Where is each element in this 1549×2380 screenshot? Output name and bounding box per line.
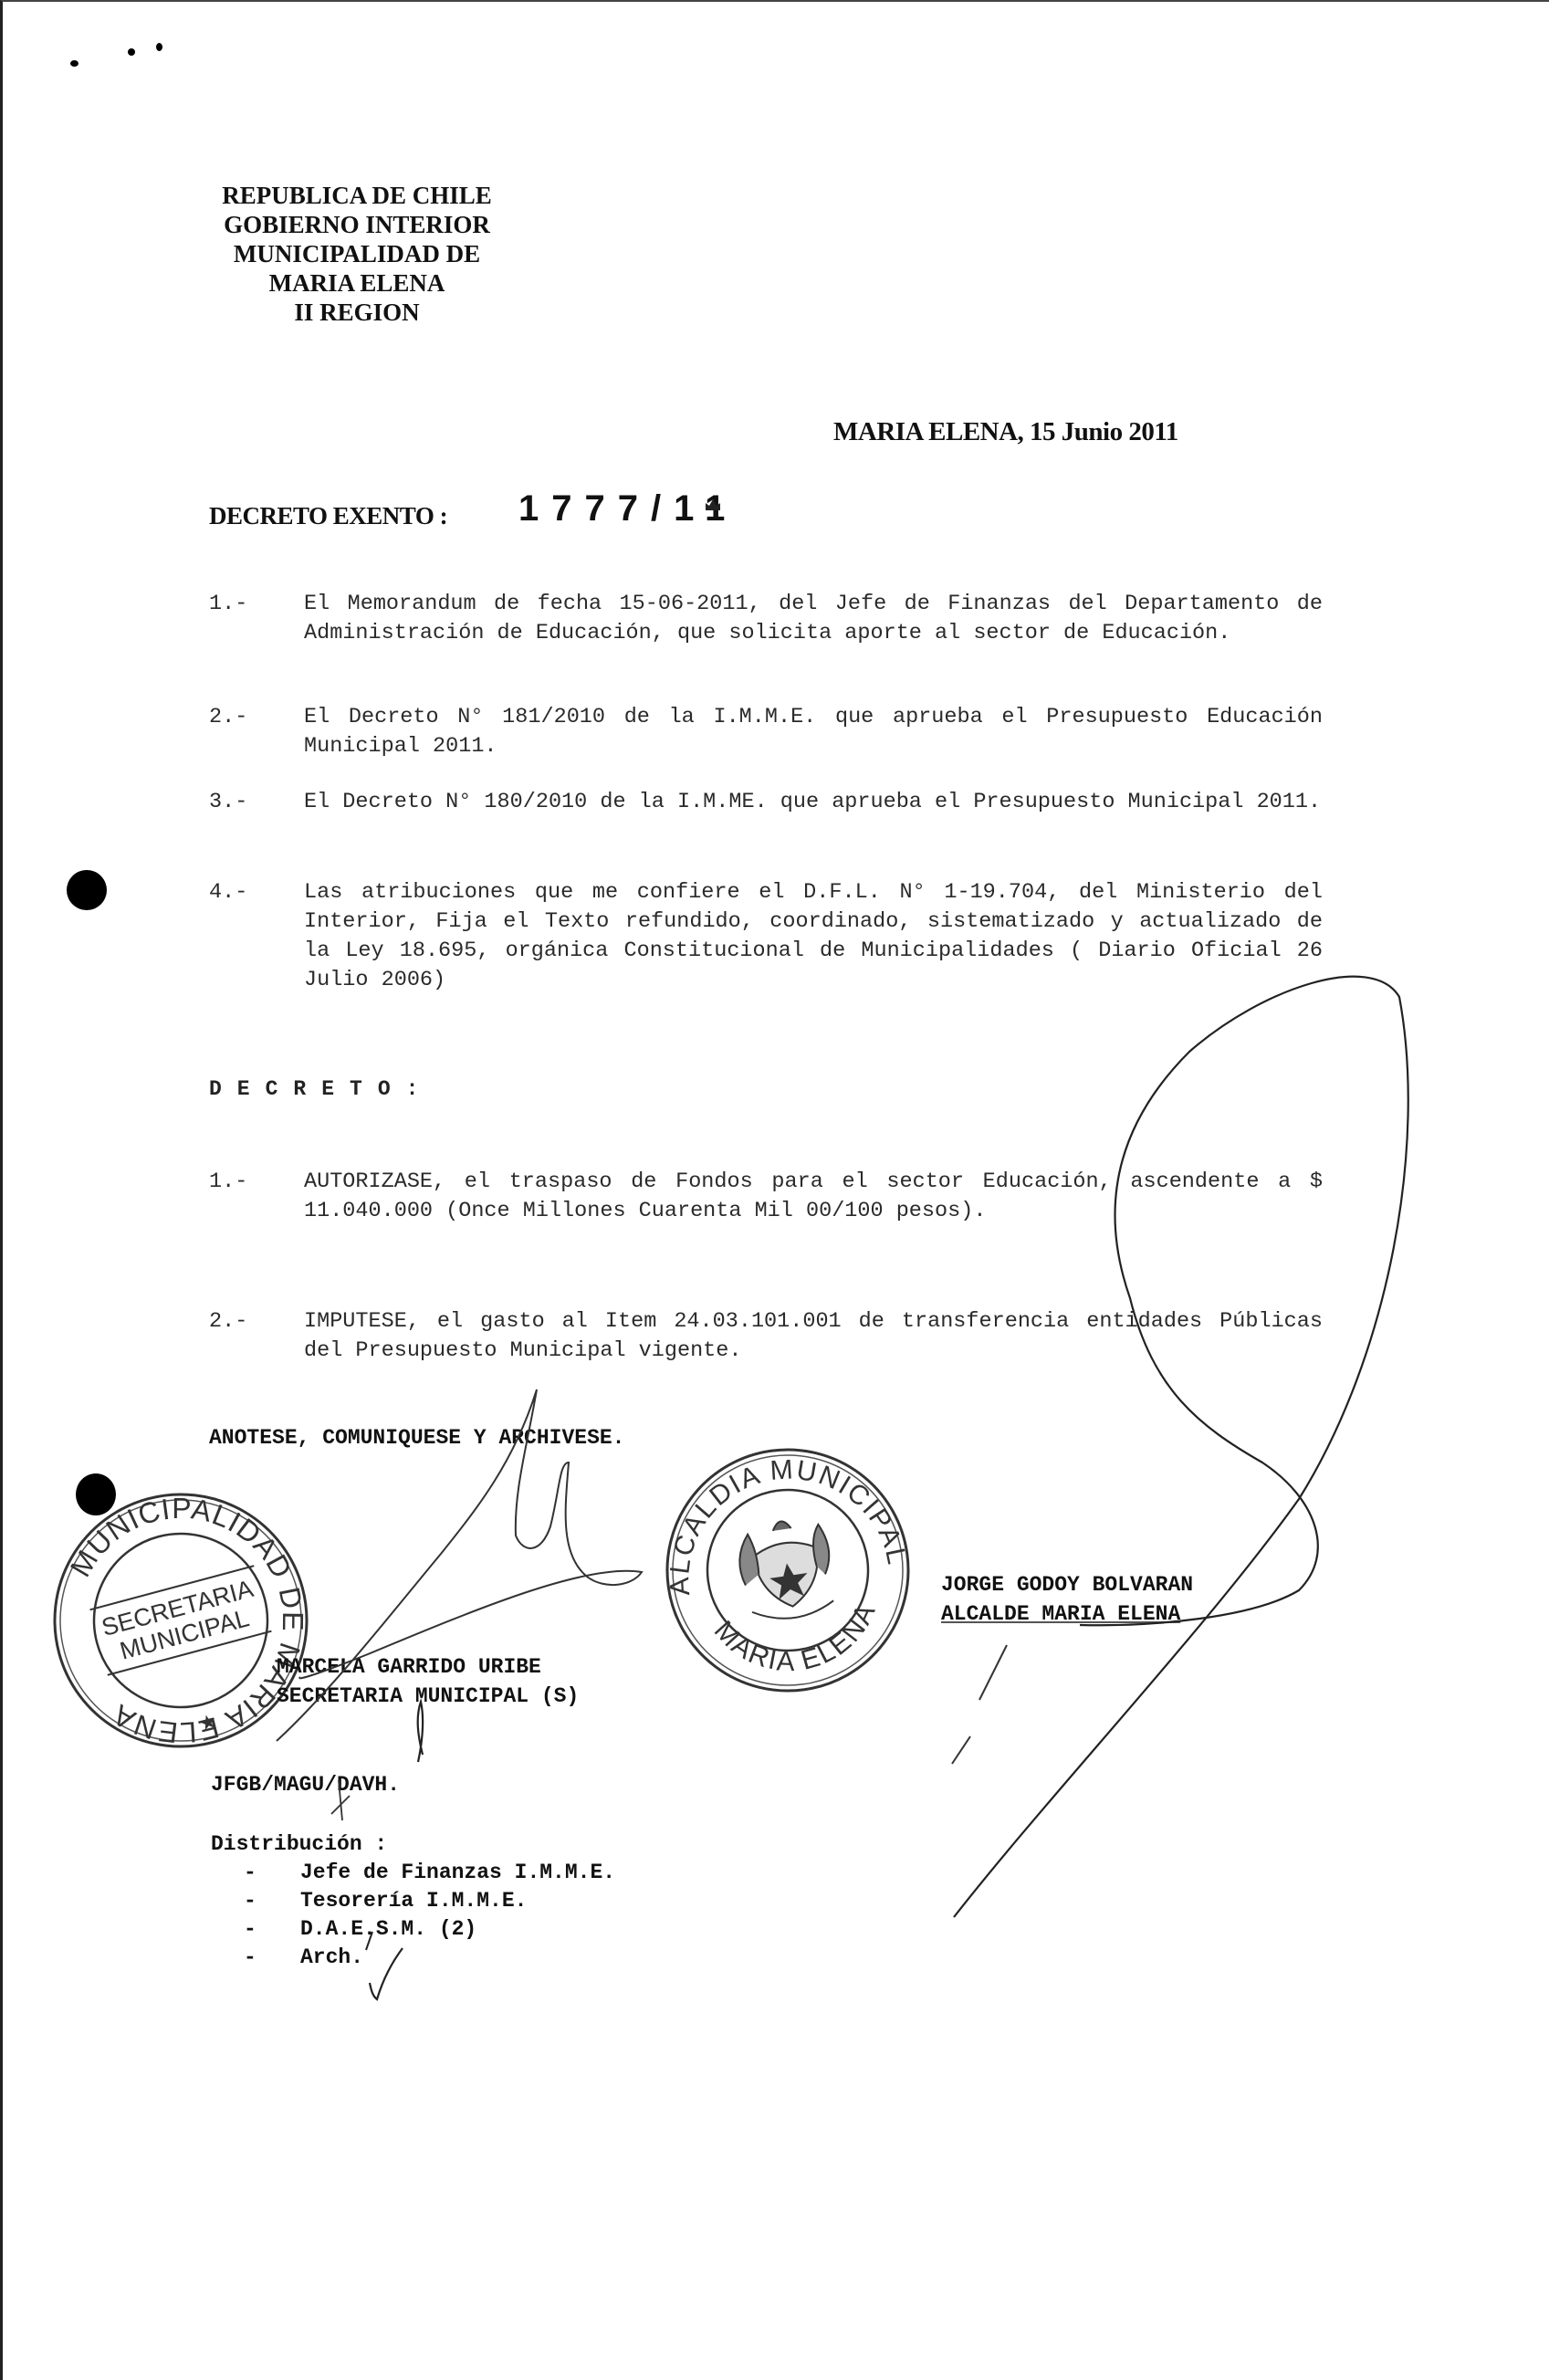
secretaria-municipal-stamp: MUNICIPALIDAD DE MARIA ELENA SECRETARIA … <box>48 1488 313 1753</box>
distribution-item: -D.A.E.S.M. (2) <box>211 1915 615 1944</box>
letterhead-line: GOBIERNO INTERIOR <box>211 210 503 239</box>
signer-secretaria: MARCELA GARRIDO URIBE SECRETARIA MUNICIP… <box>277 1652 579 1711</box>
letterhead-line: MARIA ELENA <box>211 268 503 298</box>
letterhead: REPUBLICA DE CHILE GOBIERNO INTERIOR MUN… <box>211 181 503 327</box>
distribution-label: Distribución : <box>211 1830 615 1859</box>
considerando-item: 4.- Las atribuciones que me confiere el … <box>209 878 1323 995</box>
signer-name: JORGE GODOY BOLVARAN <box>941 1570 1193 1599</box>
scan-speck <box>70 60 78 67</box>
coat-of-arms-icon <box>735 1515 838 1624</box>
signer-title: SECRETARIA MUNICIPAL (S) <box>277 1682 579 1711</box>
decreto-item: 1.- AUTORIZASE, el traspaso de Fondos pa… <box>209 1168 1323 1226</box>
distribution-item: -Tesorería I.M.M.E. <box>211 1887 615 1915</box>
alcalde-signature <box>954 977 1408 1917</box>
scan-speck <box>128 48 135 56</box>
distribution-item: -Jefe de Finanzas I.M.M.E. <box>211 1859 615 1887</box>
considerando-item: 3.- El Decreto N° 180/2010 de la I.M.ME.… <box>209 788 1323 817</box>
svg-text:MARIA ELENA: MARIA ELENA <box>706 1594 889 1688</box>
item-number: 1.- <box>209 590 300 619</box>
item-number: 1.- <box>209 1168 300 1197</box>
letterhead-line: II REGION <box>211 298 503 327</box>
decreto-item: 2.- IMPUTESE, el gasto al Item 24.03.101… <box>209 1307 1323 1366</box>
document-page: REPUBLICA DE CHILE GOBIERNO INTERIOR MUN… <box>0 0 1549 2380</box>
crown-stamp-icon <box>704 498 722 512</box>
date-line: MARIA ELENA, 15 Junio 2011 <box>833 417 1178 447</box>
punch-hole <box>67 870 107 910</box>
item-text: El Decreto N° 181/2010 de la I.M.M.E. qu… <box>304 703 1323 761</box>
item-text: AUTORIZASE, el traspaso de Fondos para e… <box>304 1168 1323 1226</box>
closing-formula: ANOTESE, COMUNIQUESE Y ARCHIVESE. <box>209 1426 624 1450</box>
signer-name: MARCELA GARRIDO URIBE <box>277 1652 579 1682</box>
item-number: 3.- <box>209 788 300 817</box>
item-text: IMPUTESE, el gasto al Item 24.03.101.001… <box>304 1307 1323 1366</box>
item-number: 2.- <box>209 703 300 732</box>
item-number: 4.- <box>209 878 300 907</box>
item-text: Las atribuciones que me confiere el D.F.… <box>304 878 1323 995</box>
letterhead-line: MUNICIPALIDAD DE <box>211 239 503 268</box>
alcaldia-municipal-stamp: ALCALDIA MUNICIPAL MARIA ELENA <box>660 1442 916 1698</box>
scan-speck <box>156 43 162 51</box>
considerando-item: 1.- El Memorandum de fecha 15-06-2011, d… <box>209 590 1323 648</box>
item-number: 2.- <box>209 1307 300 1337</box>
considerando-item: 2.- El Decreto N° 181/2010 de la I.M.M.E… <box>209 703 1323 761</box>
letterhead-line: REPUBLICA DE CHILE <box>211 181 503 210</box>
decreto-section-title: DECRETO: <box>209 1077 434 1101</box>
item-text: El Decreto N° 180/2010 de la I.M.ME. que… <box>304 788 1323 817</box>
signer-alcalde: JORGE GODOY BOLVARAN ALCALDE MARIA ELENA <box>941 1570 1193 1629</box>
distribution-item: -Arch. <box>211 1944 615 1972</box>
signer-title: ALCALDE MARIA ELENA <box>941 1599 1193 1629</box>
item-text: El Memorandum de fecha 15-06-2011, del J… <box>304 590 1323 648</box>
distribution-list: Distribución : -Jefe de Finanzas I.M.M.E… <box>211 1830 615 1972</box>
reference-initials: JFGB/MAGU/DAVH. <box>211 1773 400 1797</box>
decreto-exento-label: DECRETO EXENTO : <box>209 502 447 530</box>
